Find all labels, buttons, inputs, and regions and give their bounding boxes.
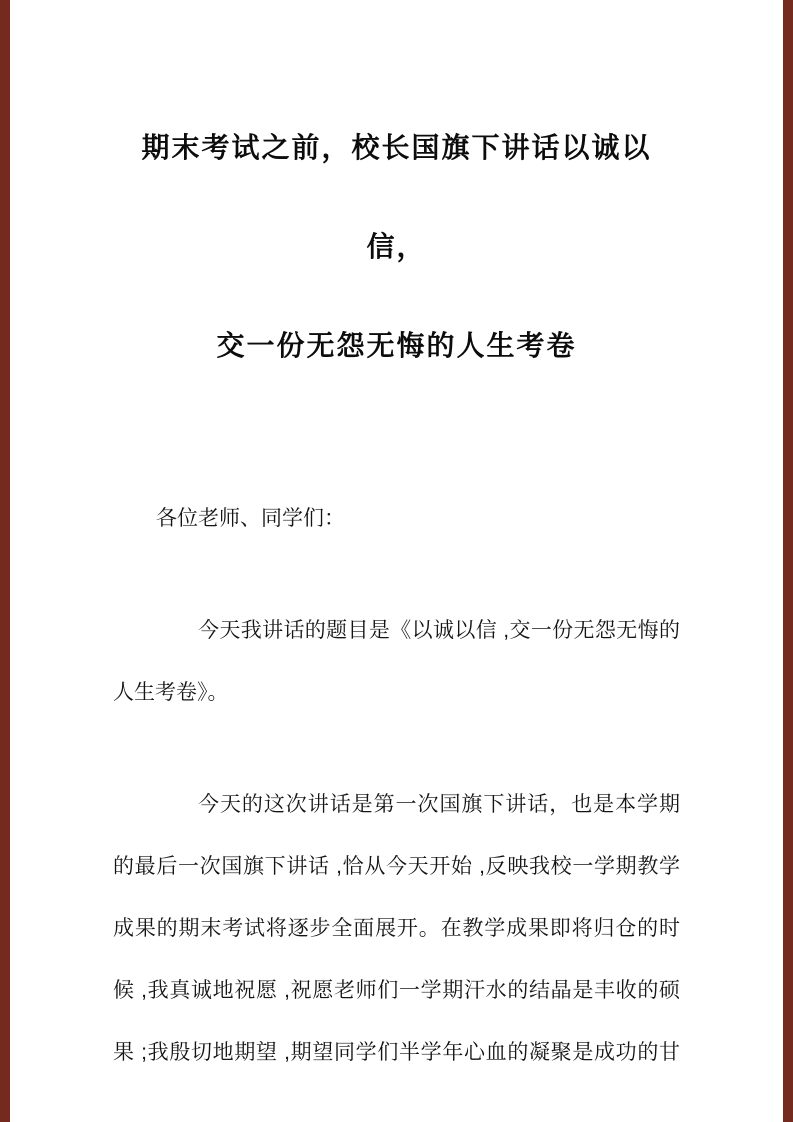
paragraph: 今天我讲话的题目是《以诚以信 ,交一份无怨无悔的人生考卷》。 bbox=[113, 600, 680, 724]
title-line: 交一份无怨无悔的人生考卷 bbox=[113, 296, 680, 395]
document-body: 各位老师、同学们：今天我讲话的题目是《以诚以信 ,交一份无怨无悔的人生考卷》。今… bbox=[113, 488, 680, 1084]
text-line: 今天的这次讲话是第一次国旗下讲话，也是本学期 bbox=[113, 774, 680, 836]
paragraph: 今天的这次讲话是第一次国旗下讲话，也是本学期的最后一次国旗下讲话 ,恰从今天开始… bbox=[113, 774, 680, 1084]
text-line: 人生考卷》。 bbox=[113, 662, 680, 724]
text-line: 各位老师、同学们： bbox=[113, 488, 680, 550]
text-line: 成果的期末考试将逐步全面展开。在教学成果即将归仓的时 bbox=[113, 898, 680, 960]
text-line: 果 ;我殷切地期望 ,期望同学们半学年心血的凝聚是成功的甘 bbox=[113, 1022, 680, 1084]
document-title: 期末考试之前，校长国旗下讲话以诚以信，交一份无怨无悔的人生考卷 bbox=[113, 98, 680, 395]
text-line: 候 ,我真诚地祝愿 ,祝愿老师们一学期汗水的结晶是丰收的硕 bbox=[113, 960, 680, 1022]
paragraph: 各位老师、同学们： bbox=[113, 488, 680, 550]
document-page: 期末考试之前，校长国旗下讲话以诚以信，交一份无怨无悔的人生考卷 各位老师、同学们… bbox=[0, 0, 793, 1122]
title-line: 期末考试之前，校长国旗下讲话以诚以信， bbox=[113, 98, 680, 296]
text-line: 今天我讲话的题目是《以诚以信 ,交一份无怨无悔的 bbox=[113, 600, 680, 662]
text-line: 的最后一次国旗下讲话 ,恰从今天开始 ,反映我校一学期教学 bbox=[113, 836, 680, 898]
